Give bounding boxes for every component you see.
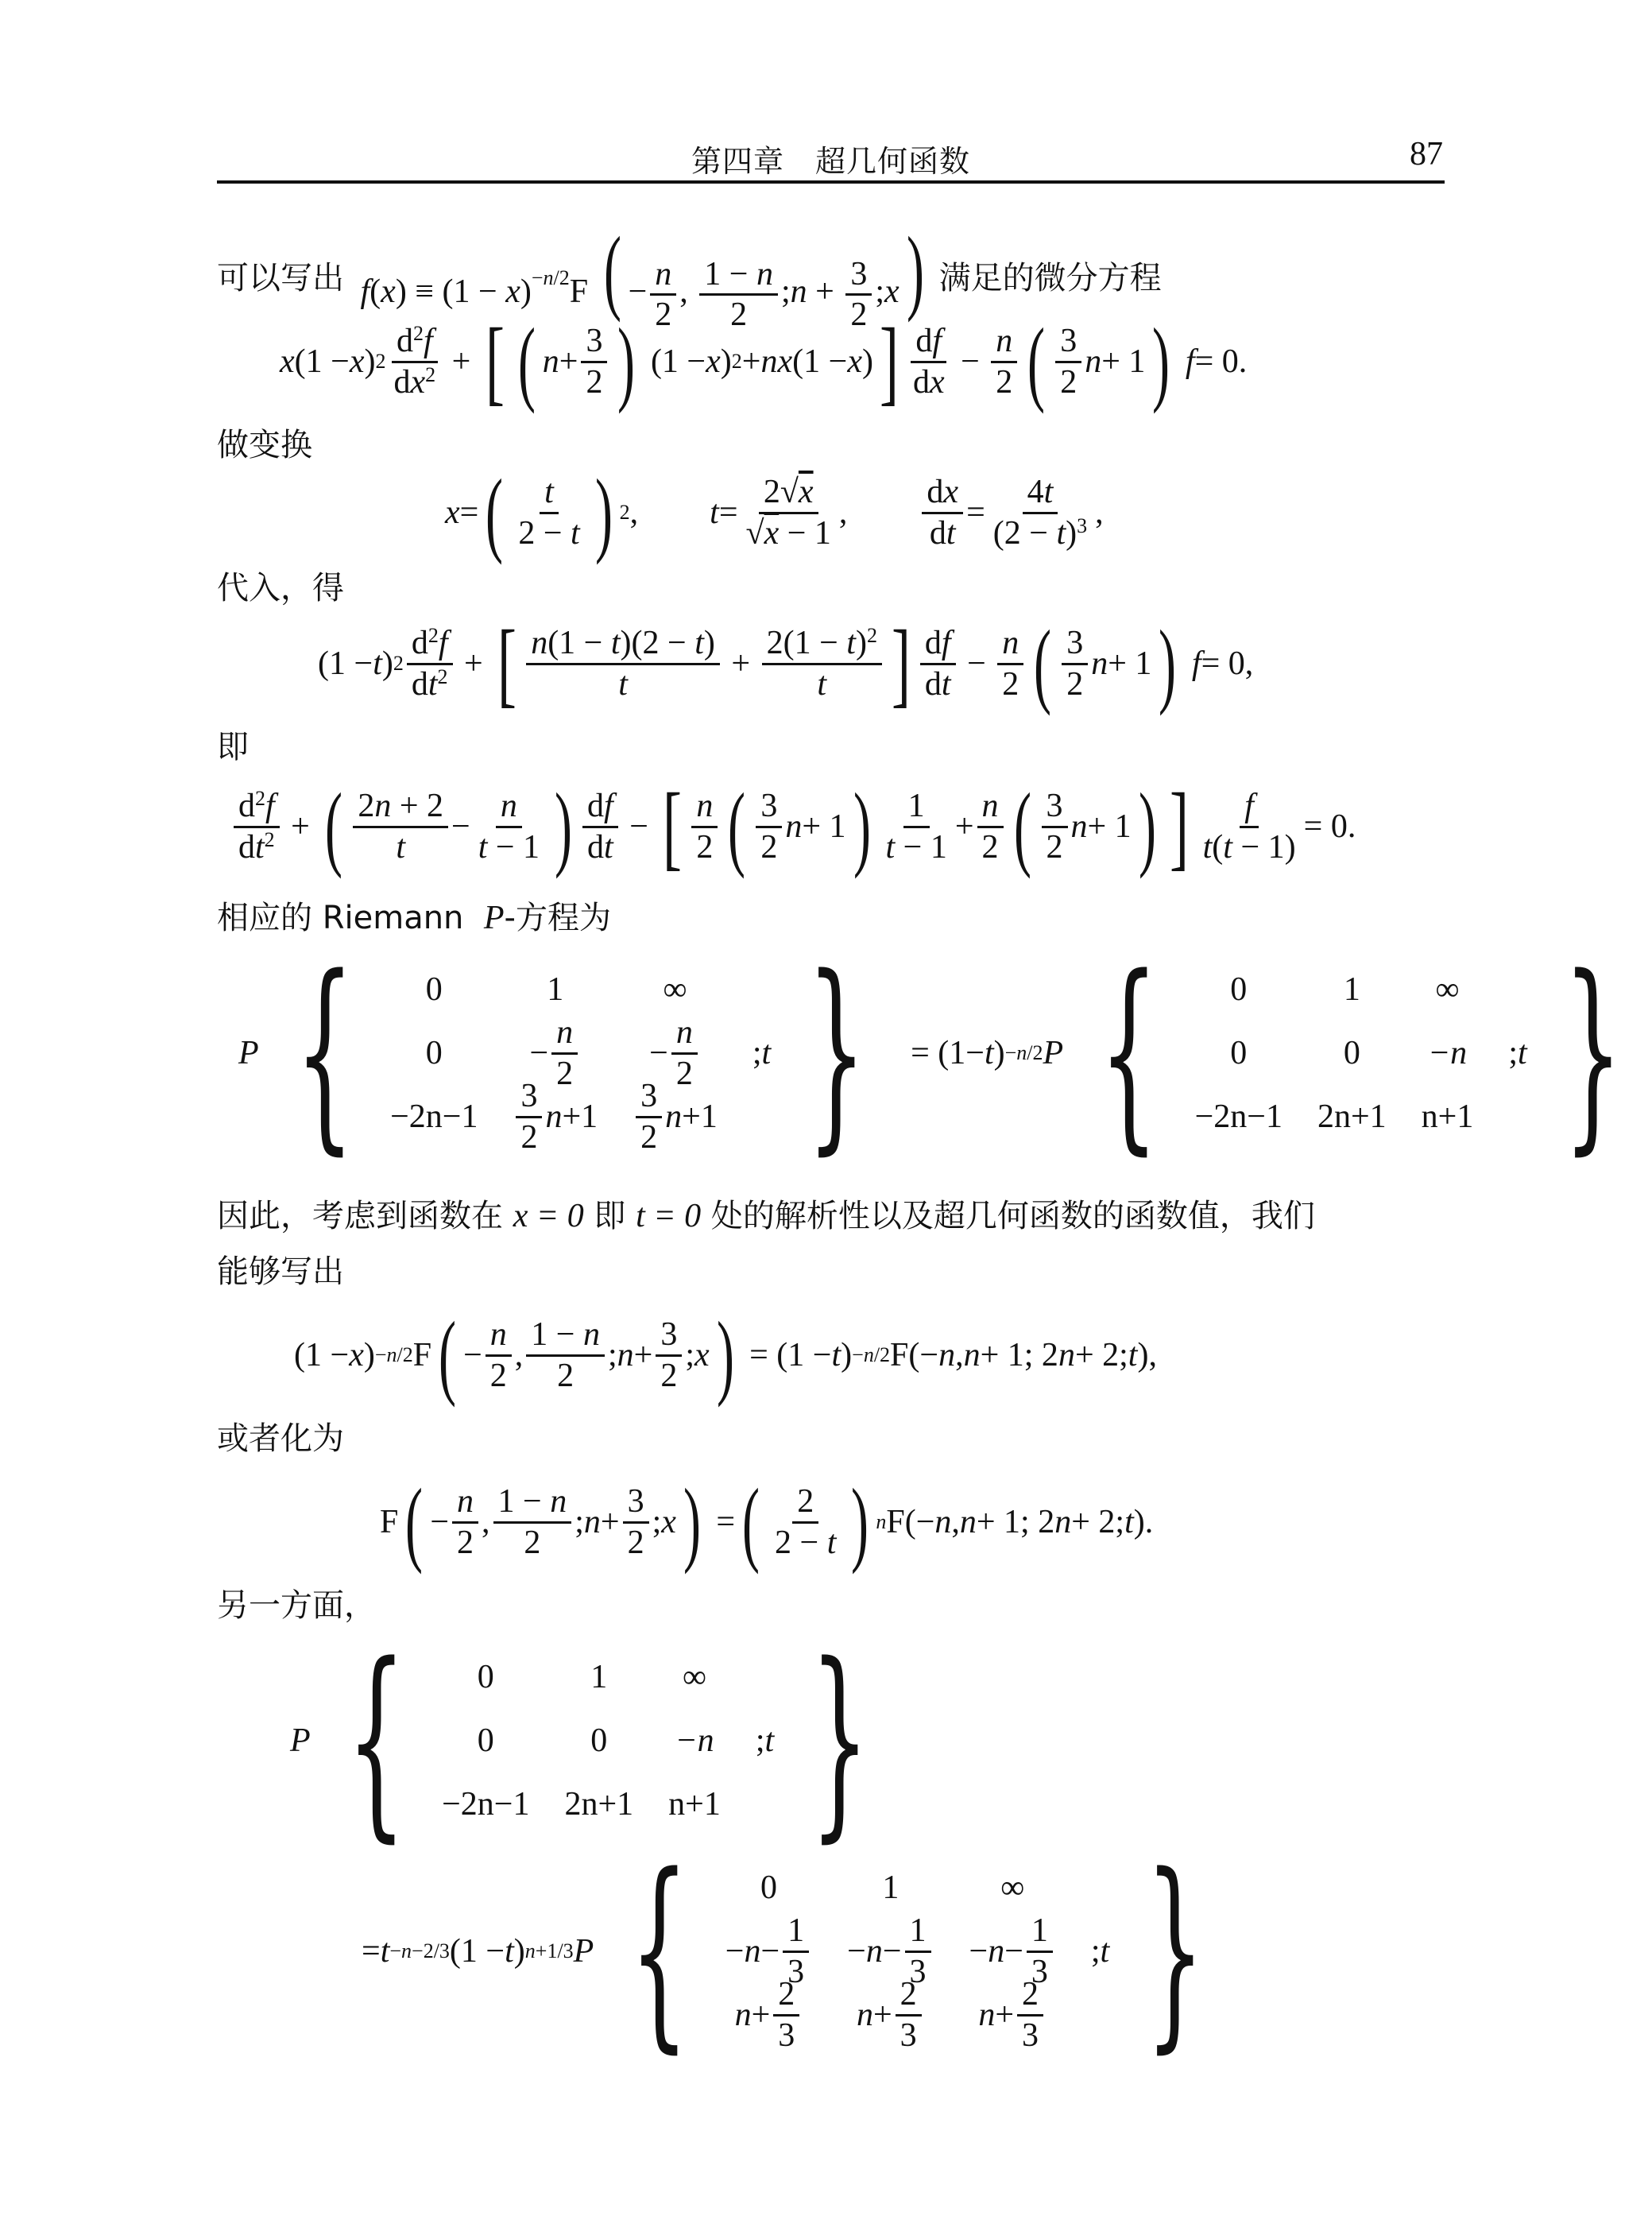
equation-ode-t: (1 − t)2 d2fdt2 + [ n(1 − t)(2 − t)t + 2…	[318, 616, 1253, 711]
paragraph-transform: 做变换	[217, 425, 312, 465]
p-symbol-matrix-2: 01∞ 00−n; t −2n−12n+1n+1	[1195, 958, 1527, 1149]
paragraph-substitute: 代入，得	[217, 568, 344, 608]
text: 可以写出	[217, 258, 344, 298]
paragraph-can-write: 能够写出	[217, 1252, 344, 1292]
text: 即	[594, 1196, 625, 1236]
equation-ode-x: x(1 − x)2 d2fdx2 + [(n + 32) (1 − x)2 + …	[280, 314, 1247, 409]
equation-p-symbol-right: = t−n−2/3(1 − t)n+1/3P{ 01∞ −n−13 −n−13 …	[362, 1848, 1241, 2055]
running-header: 第四章 超几何函数 87	[217, 134, 1445, 181]
P-symbol: P	[484, 898, 505, 938]
text: 处的解析性以及超几何函数的函数值，我们	[711, 1196, 1315, 1236]
p-symbol-matrix-1: 01∞ 0 −n2 −n2 ; t −2n−1 32n+1 32n+1	[390, 958, 771, 1149]
book-page: 第四章 超几何函数 87 可以写出 f(x) ≡ (1 − x)−n/2F (−…	[0, 0, 1652, 2216]
text: -方程为	[505, 898, 611, 938]
text: 满足的微分方程	[939, 258, 1162, 298]
text: 相应的 Riemann	[217, 898, 463, 938]
page-number: 87	[1410, 135, 1443, 173]
equation-p-symbol-left: P{ 01∞ 00−n; t −2n−12n+1n+1 }	[290, 1637, 906, 1844]
p-symbol-matrix-3: 01∞ −n−13 −n−13 −n−13 ; t n+23 n+23 n+23	[725, 1856, 1109, 2047]
paragraph-ie: 即	[217, 727, 249, 767]
paragraph-on-the-other-hand: 另一方面，	[217, 1586, 376, 1625]
header-rule	[217, 180, 1445, 184]
equation-hypergeometric-identity: (1 − x)−n/2F(−n2, 1 − n2;n + 32;x) = (1 …	[294, 1308, 1157, 1403]
paragraph-or: 或者化为	[217, 1419, 344, 1459]
p-symbol-matrix-3-left: 01∞ 00−n; t −2n−12n+1n+1	[442, 1645, 774, 1836]
text: 因此，考虑到函数在	[217, 1196, 503, 1236]
equation-transform: x = (t2 − t)2, t = 2√x√x − 1, dxdt = 4t(…	[445, 465, 1104, 560]
math-inline: t = 0	[636, 1196, 701, 1236]
paragraph-riemann: 相应的 Riemann P -方程为	[217, 898, 611, 938]
equation-riemann-p: P{ 01∞ 0 −n2 −n2 ; t −2n−1 32n+1 32n+1 }…	[238, 950, 1652, 1156]
equation-ode-normalized: d2fdt2 + (2n + 2t − nt − 1) dfdt − [n2 (…	[230, 779, 1356, 874]
paragraph-therefore: 因此，考虑到函数在 x = 0 即 t = 0 处的解析性以及超几何函数的函数值…	[217, 1196, 1315, 1236]
chapter-title: 第四章 超几何函数	[217, 137, 1445, 180]
math-inline: x = 0	[513, 1196, 584, 1236]
equation-hypergeometric-reduced: F(−n2, 1 − n2;n + 32;x) = (22 − t)n F(−n…	[380, 1474, 1153, 1570]
